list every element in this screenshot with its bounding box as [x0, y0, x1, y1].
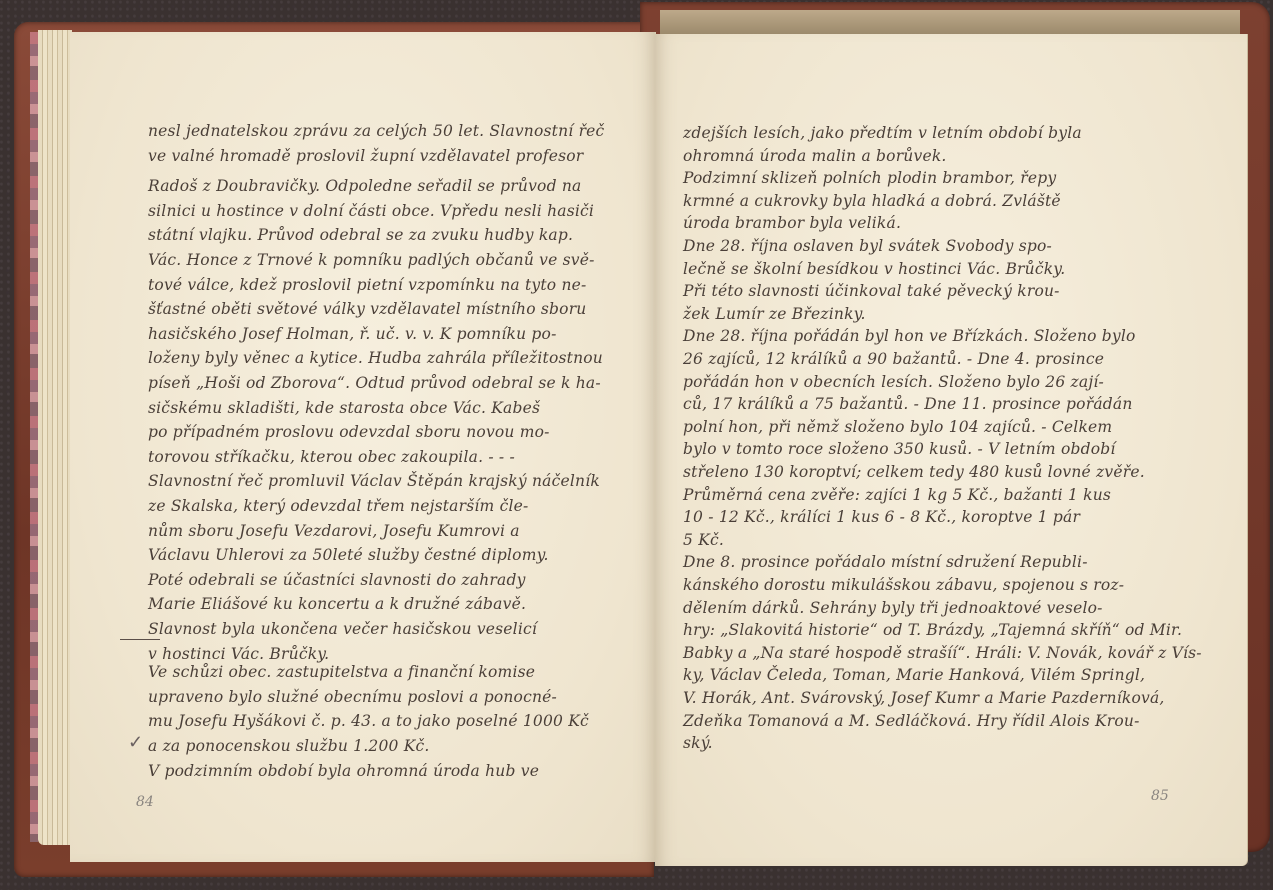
- handwritten-line: V podzimním období byla ohromná úroda hu…: [148, 760, 539, 782]
- handwritten-line: 26 zajíců, 12 králíků a 90 bažantů. - Dn…: [683, 348, 1104, 370]
- handwritten-line: Poté odebrali se účastníci slavnosti do …: [148, 569, 526, 591]
- handwritten-line: silnici u hostince v dolní části obce. V…: [148, 200, 594, 222]
- handwritten-line: Ve schůzi obec. zastupitelstva a finančn…: [148, 661, 535, 683]
- handwritten-line: hasičského Josef Holman, ř. uč. v. v. K …: [148, 323, 557, 345]
- page-number-left: 84: [136, 794, 154, 810]
- handwritten-line: státní vlajku. Průvod odebral se za zvuk…: [148, 224, 573, 246]
- handwritten-line: upraveno bylo služné obecnímu poslovi a …: [148, 686, 557, 708]
- handwritten-line: ky, Václav Čeleda, Toman, Marie Hanková,…: [683, 664, 1145, 686]
- handwritten-line: nům sboru Josefu Vezdarovi, Josefu Kumro…: [148, 520, 520, 542]
- handwritten-line: loženy byly věnec a kytice. Hudba zahrál…: [148, 347, 603, 369]
- handwritten-line: V. Horák, Ant. Svárovský, Josef Kumr a M…: [683, 687, 1165, 709]
- handwritten-line: mu Josefu Hyšákovi č. p. 43. a to jako p…: [148, 710, 589, 732]
- handwritten-line: Při této slavnosti účinkoval také pěveck…: [683, 280, 1060, 302]
- handwritten-line: torovou stříkačku, kterou obec zakoupila…: [148, 446, 515, 468]
- handwritten-line: ský.: [683, 732, 713, 754]
- handwritten-line: kánského dorostu mikulášskou zábavu, spo…: [683, 574, 1124, 596]
- handwritten-line: žek Lumír ze Březinky.: [683, 303, 866, 325]
- handwritten-line: bylo v tomto roce složeno 350 kusů. - V …: [683, 438, 1116, 460]
- handwritten-line: Václavu Uhlerovi za 50leté služby čestné…: [148, 544, 549, 566]
- handwritten-line: Babky a „Na staré hospodě strašíí“. Hrál…: [683, 642, 1202, 664]
- handwritten-line: Radoš z Doubravičky. Odpoledne seřadil s…: [148, 175, 581, 197]
- handwritten-line: krmné a cukrovky byla hladká a dobrá. Zv…: [683, 190, 1061, 212]
- handwritten-line: střeleno 130 koroptví; celkem tedy 480 k…: [683, 461, 1145, 483]
- handwritten-line: Slavnost byla ukončena večer hasičskou v…: [148, 618, 537, 640]
- right-page: zdejších lesích, jako předtím v letním o…: [655, 34, 1247, 866]
- left-page: nesl jednatelskou zprávu za celých 50 le…: [70, 32, 656, 862]
- handwritten-line: píseň „Hoši od Zborova“. Odtud průvod od…: [148, 372, 601, 394]
- handwritten-line: Průměrná cena zvěře: zajíci 1 kg 5 Kč., …: [683, 484, 1111, 506]
- handwritten-line: ců, 17 králíků a 75 bažantů. - Dne 11. p…: [683, 393, 1133, 415]
- handwritten-line: Slavnostní řeč promluvil Václav Štěpán k…: [148, 470, 600, 492]
- handwritten-line: polní hon, při němž složeno bylo 104 zaj…: [683, 416, 1112, 438]
- handwritten-line: pořádán hon v obecních lesích. Složeno b…: [683, 371, 1104, 393]
- handwritten-line: úroda brambor byla veliká.: [683, 212, 901, 234]
- handwritten-line: Dne 28. října oslaven byl svátek Svobody…: [683, 235, 1052, 257]
- handwritten-line: Marie Eliášové ku koncertu a k družné zá…: [148, 593, 526, 615]
- page-stack-left: [38, 30, 72, 845]
- handwritten-line: a za ponocenskou službu 1.200 Kč.: [148, 735, 429, 757]
- handwritten-line: hry: „Slakovitá historie“ od T. Brázdy, …: [683, 619, 1182, 641]
- handwritten-line: lečně se školní besídkou v hostinci Vác.…: [683, 258, 1065, 280]
- handwritten-line: Dne 8. prosince pořádalo místní sdružení…: [683, 551, 1088, 573]
- handwritten-line: po případném proslovu odevzdal sboru nov…: [148, 421, 550, 443]
- handwritten-line: šťastné oběti světové války vzdělavatel …: [148, 298, 586, 320]
- page-block-top-edge: [660, 10, 1240, 34]
- page-number-right: 85: [1151, 788, 1169, 804]
- handwritten-line: 10 - 12 Kč., králíci 1 kus 6 - 8 Kč., ko…: [683, 506, 1080, 528]
- margin-check-icon: ✓: [128, 732, 143, 753]
- handwritten-line: ze Skalska, který odevzdal třem nejstarš…: [148, 495, 528, 517]
- handwritten-line: sičskému skladišti, kde starosta obce Vá…: [148, 397, 540, 419]
- handwritten-line: Vác. Honce z Trnové k pomníku padlých ob…: [148, 249, 595, 271]
- handwritten-line: nesl jednatelskou zprávu za celých 50 le…: [148, 120, 604, 142]
- marbled-page-edge: [30, 32, 38, 842]
- margin-dash-mark: [120, 639, 160, 640]
- handwritten-line: dělením dárků. Sehrány byly tři jednoakt…: [683, 597, 1103, 619]
- handwritten-line: 5 Kč.: [683, 529, 724, 551]
- handwritten-line: ve valné hromadě proslovil župní vzdělav…: [148, 145, 583, 167]
- handwritten-line: Podzimní sklizeň polních plodin brambor,…: [683, 167, 1056, 189]
- handwritten-line: zdejších lesích, jako předtím v letním o…: [683, 122, 1082, 144]
- handwritten-line: ohromná úroda malin a borůvek.: [683, 145, 947, 167]
- handwritten-line: Dne 28. října pořádán byl hon ve Břízkác…: [683, 325, 1136, 347]
- handwritten-line: tové válce, kdež proslovil pietní vzpomí…: [148, 274, 586, 296]
- handwritten-line: Zdeňka Tomanová a M. Sedláčková. Hry říd…: [683, 710, 1140, 732]
